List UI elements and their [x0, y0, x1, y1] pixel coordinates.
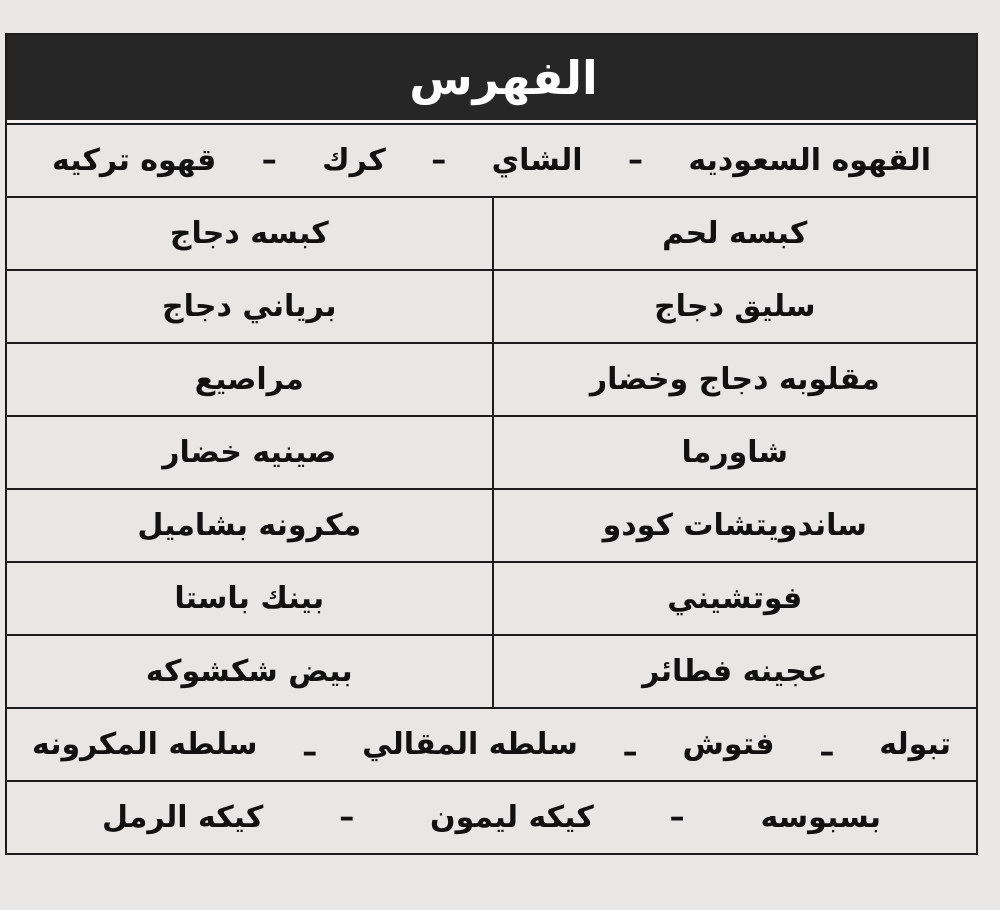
- index-header: الفهرس: [7, 35, 976, 123]
- dash-separator: –: [339, 800, 354, 835]
- menu-item-macaroni-bechamel: مكرونه بشاميل: [7, 490, 492, 561]
- dash-separator: –: [302, 735, 317, 770]
- dash-separator: –: [262, 143, 277, 178]
- dash-separator: –: [670, 800, 685, 835]
- menu-item-vegetable-tray: صينيه خضار: [7, 417, 492, 488]
- menu-item-eggs-shakshuka: بيض شكشوكه: [7, 636, 492, 707]
- menu-item-kudu-sandwiches: ساندويتشات كودو: [492, 490, 977, 561]
- menu-item-pink-pasta: بينك باستا: [7, 563, 492, 634]
- menu-item-tea: الشاي: [492, 143, 583, 178]
- menu-item-macaroni-salad: سلطه المكرونه: [32, 727, 257, 762]
- menu-item-saleeg-chicken: سليق دجاج: [492, 271, 977, 342]
- index-table: الفهرس القهوه السعوديه – الشاي – كرك – ق…: [5, 33, 978, 855]
- menu-item-saudi-coffee: القهوه السعوديه: [688, 143, 931, 178]
- table-row-fettuccine-pink: فوتشيني بينك باستا: [7, 561, 976, 634]
- menu-item-fettuccine: فوتشيني: [492, 563, 977, 634]
- menu-item-fried-salad: سلطه المقالي: [362, 727, 578, 762]
- menu-item-sand-cake: كيكه الرمل: [102, 800, 263, 835]
- table-row-maqluba-marasee: مقلوبه دجاج وخضار مراصيع: [7, 342, 976, 415]
- menu-item-maqluba: مقلوبه دجاج وخضار: [492, 344, 977, 415]
- drinks-row: القهوه السعوديه – الشاي – كرك – قهوه ترك…: [7, 123, 976, 196]
- table-row-dough-eggs: عجينه فطائر بيض شكشوكه: [7, 634, 976, 707]
- table-row-shawarma-tray: شاورما صينيه خضار: [7, 415, 976, 488]
- menu-item-marasee: مراصيع: [7, 344, 492, 415]
- table-row-sandwiches-pasta: ساندويتشات كودو مكرونه بشاميل: [7, 488, 976, 561]
- dash-separator: –: [628, 143, 643, 178]
- menu-item-turkish-coffee: قهوه تركيه: [52, 143, 216, 178]
- dash-separator: –: [819, 735, 834, 770]
- table-row-saleeg-biryani: سليق دجاج برياني دجاج: [7, 269, 976, 342]
- menu-item-kabsa-chicken: كبسه دجاج: [7, 198, 492, 269]
- menu-item-basbousa: بسبوسه: [760, 800, 881, 835]
- table-row-kabsa: كبسه لحم كبسه دجاج: [7, 196, 976, 269]
- menu-item-fattoush: فتوش: [682, 727, 774, 762]
- page-title: الفهرس: [409, 51, 598, 105]
- menu-item-lemon-cake: كيكه ليمون: [430, 800, 594, 835]
- menu-index-page: الفهرس القهوه السعوديه – الشاي – كرك – ق…: [0, 0, 1000, 910]
- dash-separator: –: [623, 735, 638, 770]
- menu-item-karak: كرك: [322, 143, 386, 178]
- menu-item-shawarma: شاورما: [492, 417, 977, 488]
- menu-item-kabsa-meat: كبسه لحم: [492, 198, 977, 269]
- dash-separator: –: [431, 143, 446, 178]
- menu-item-pastry-dough: عجينه فطائر: [492, 636, 977, 707]
- menu-item-tabbouleh: تبوله: [879, 727, 951, 762]
- salads-row: تبوله – فتوش – سلطه المقالي – سلطه المكر…: [7, 707, 976, 780]
- desserts-row: بسبوسه – كيكه ليمون – كيكه الرمل: [7, 780, 976, 853]
- menu-item-biryani-chicken: برياني دجاج: [7, 271, 492, 342]
